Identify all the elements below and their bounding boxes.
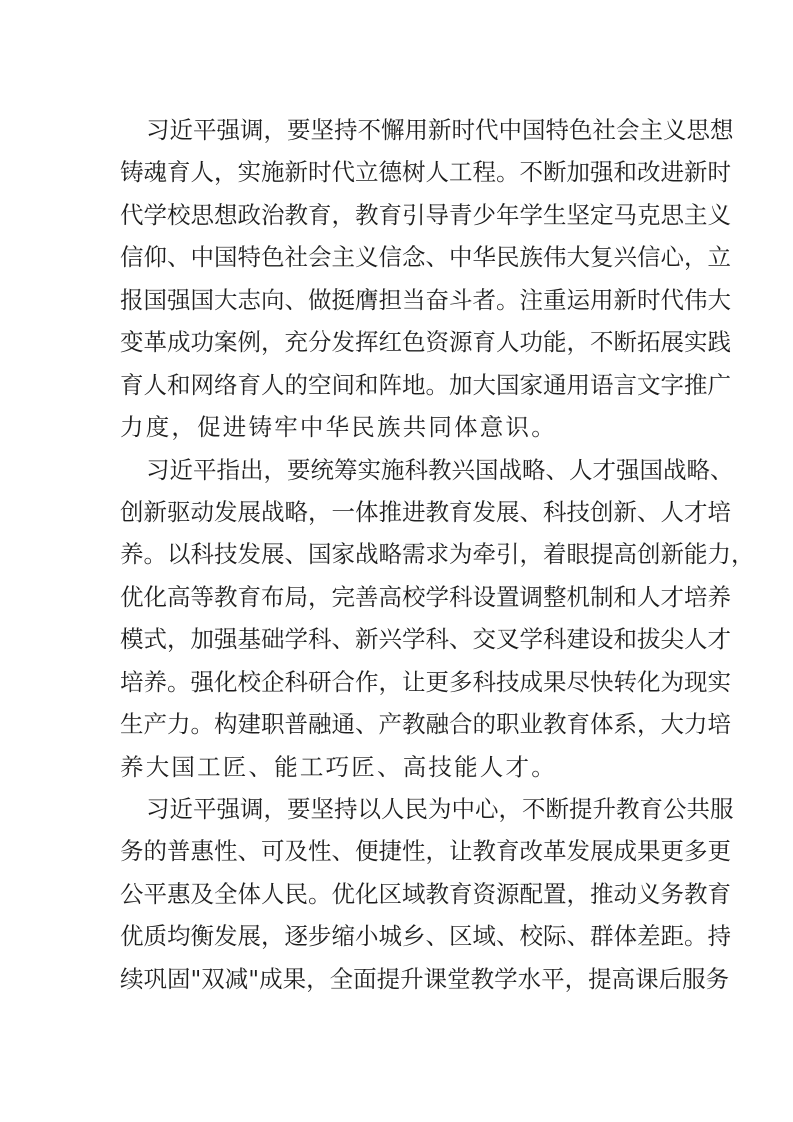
text-line: 生产力。构建职普融通、产教融合的职业教育体系，大力培: [120, 703, 675, 745]
text-line: 力度，促进铸牢中华民族共同体意识。: [120, 406, 675, 448]
text-line: 习近平强调，要坚持以人民为中心，不断提升教育公共服: [120, 788, 675, 830]
text-line: 育人和网络育人的空间和阵地。加大国家通用语言文字推广: [120, 364, 675, 406]
paragraph-2: 习近平指出，要统筹实施科教兴国战略、人才强国战略、 创新驱动发展战略，一体推进教…: [120, 449, 680, 789]
text-line: 信仰、中国特色社会主义信念、中华民族伟大复兴信心，立: [120, 236, 675, 278]
text-line: 优质均衡发展，逐步缩小城乡、区域、校际、群体差距。持: [120, 915, 675, 957]
text-line: 养大国工匠、能工巧匠、高技能人才。: [120, 746, 675, 788]
text-line: 公平惠及全体人民。优化区域教育资源配置，推动义务教育: [120, 873, 675, 915]
text-line: 续巩固"双减"成果，全面提升课堂教学水平，提高课后服务: [120, 958, 675, 1000]
text-line: 铸魂育人，实施新时代立德树人工程。不断加强和改进新时: [120, 151, 675, 193]
text-line: 变革成功案例，充分发挥红色资源育人功能，不断拓展实践: [120, 321, 675, 363]
text-line: 习近平指出，要统筹实施科教兴国战略、人才强国战略、: [120, 449, 675, 491]
document-page: 习近平强调，要坚持不懈用新时代中国特色社会主义思想 铸魂育人，实施新时代立德树人…: [0, 0, 793, 1122]
text-line: 务的普惠性、可及性、便捷性，让教育改革发展成果更多更: [120, 830, 675, 872]
text-line: 模式，加强基础学科、新兴学科、交叉学科建设和拔尖人才: [120, 618, 675, 660]
text-line: 养。以科技发展、国家战略需求为牵引，着眼提高创新能力，: [120, 533, 675, 575]
text-line: 习近平强调，要坚持不懈用新时代中国特色社会主义思想: [120, 109, 675, 151]
text-line: 培养。强化校企科研合作，让更多科技成果尽快转化为现实: [120, 661, 675, 703]
document-body: 习近平强调，要坚持不懈用新时代中国特色社会主义思想 铸魂育人，实施新时代立德树人…: [120, 109, 680, 1000]
text-line: 创新驱动发展战略，一体推进教育发展、科技创新、人才培: [120, 491, 675, 533]
paragraph-1: 习近平强调，要坚持不懈用新时代中国特色社会主义思想 铸魂育人，实施新时代立德树人…: [120, 109, 680, 449]
text-line: 报国强国大志向、做挺膺担当奋斗者。注重运用新时代伟大: [120, 279, 675, 321]
paragraph-3: 习近平强调，要坚持以人民为中心，不断提升教育公共服 务的普惠性、可及性、便捷性，…: [120, 788, 680, 1000]
text-line: 代学校思想政治教育，教育引导青少年学生坚定马克思主义: [120, 194, 675, 236]
text-line: 优化高等教育布局，完善高校学科设置调整机制和人才培养: [120, 576, 675, 618]
